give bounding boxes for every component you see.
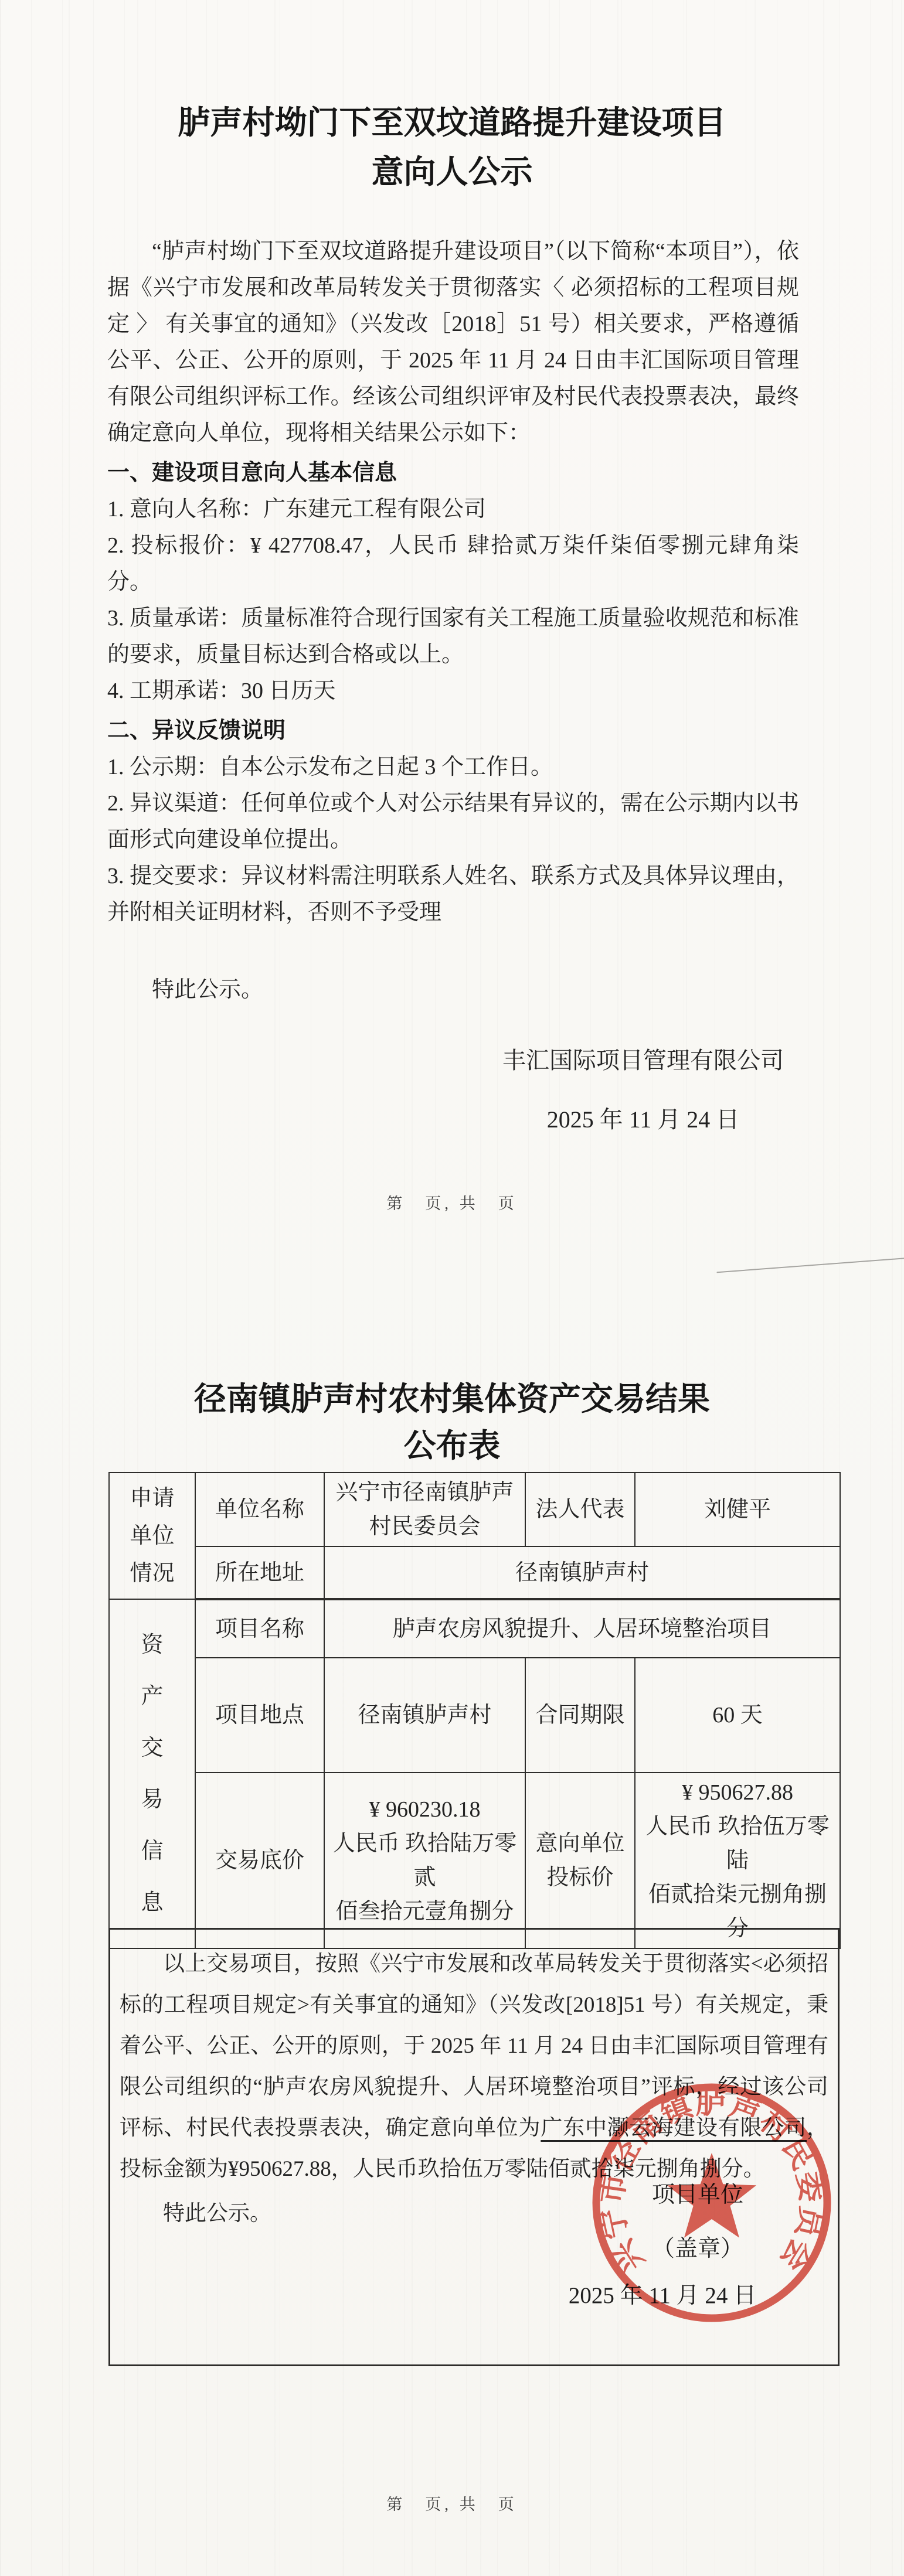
page1-title-line2: 意向人公示 xyxy=(0,148,904,197)
official-seal-stamp-icon: 兴宁市径南镇胪声村民委员会 xyxy=(576,2067,847,2338)
asset-group-cell: 资产交易信息 xyxy=(109,1599,195,1948)
scan-artifact-line xyxy=(716,1258,904,1273)
project-name-value: 胪声农房风貌提升、人居环境整治项目 xyxy=(324,1599,840,1658)
unit-name-value: 兴宁市径南镇胪声村民委员会 xyxy=(324,1473,525,1546)
page1-closing: 特此公示。 xyxy=(107,972,799,1008)
signature-date: 2025 年 11 月 24 日 xyxy=(502,1101,784,1134)
legal-rep-value: 刘健平 xyxy=(635,1473,840,1546)
scanned-document-page: { "doc1": { "title_line1": "胪声村坳门下至双坟道路提… xyxy=(0,0,904,2576)
page2-footer: 第 页, 共 页 xyxy=(0,2492,904,2514)
page2-title-line2: 公布表 xyxy=(0,1423,904,1470)
table-row: 项目地点 径南镇胪声村 合同期限 60 天 xyxy=(109,1658,840,1773)
page1-title: 胪声村坳门下至双坟道路提升建设项目 意向人公示 xyxy=(0,98,904,197)
page1-signature: 丰汇国际项目管理有限公司 2025 年 11 月 24 日 xyxy=(502,1042,784,1134)
page1-footer: 第 页, 共 页 xyxy=(0,1191,904,1214)
section2-item-2: 2. 异议渠道：任何单位或个人对公示结果有异议的，需在公示期内以书面形式向建设单… xyxy=(107,785,799,858)
section1-item-2: 2. 投标报价：¥ 427708.47，人民币 肆拾贰万柒仟柒佰零捌元肆角柒分。 xyxy=(107,527,799,600)
project-name-label: 项目名称 xyxy=(195,1599,324,1658)
page1-body: “胪声村坳门下至双坟道路提升建设项目”（以下简称“本项目”），依据《兴宁市发展和… xyxy=(107,233,799,1008)
intro-paragraph: “胪声村坳门下至双坟道路提升建设项目”（以下简称“本项目”），依据《兴宁市发展和… xyxy=(107,233,799,451)
section1-item-1: 1. 意向人名称：广东建元工程有限公司 xyxy=(107,491,799,527)
applicant-group-cell: 申请单位情况 xyxy=(109,1473,195,1599)
page2-title: 径南镇胪声村农村集体资产交易结果 公布表 xyxy=(0,1376,904,1470)
page2-title-line1: 径南镇胪声村农村集体资产交易结果 xyxy=(0,1376,904,1423)
section2-item-3: 3. 提交要求：异议材料需注明联系人姓名、联系方式及具体异议理由，并附相关证明材… xyxy=(107,858,799,931)
table-row: 申请单位情况 单位名称 兴宁市径南镇胪声村民委员会 法人代表 刘健平 xyxy=(109,1473,840,1546)
contract-term-label: 合同期限 xyxy=(525,1658,635,1773)
bid-price-label: 意向单位投标价 xyxy=(525,1773,635,1948)
base-price-label: 交易底价 xyxy=(195,1773,324,1948)
signature-org: 丰汇国际项目管理有限公司 xyxy=(502,1042,784,1075)
asset-transaction-table: 申请单位情况 单位名称 兴宁市径南镇胪声村民委员会 法人代表 刘健平 所在地址 … xyxy=(108,1472,841,1949)
page1-title-line1: 胪声村坳门下至双坟道路提升建设项目 xyxy=(0,98,904,148)
applicant-group-label: 申请单位情况 xyxy=(128,1480,176,1592)
contract-term-value: 60 天 xyxy=(635,1658,840,1773)
asset-group-label: 资产交易信息 xyxy=(140,1619,165,1928)
project-site-label: 项目地点 xyxy=(195,1658,324,1773)
base-price-value: ¥ 960230.18 人民币 玖拾陆万零贰 佰叁拾元壹角捌分 xyxy=(324,1773,525,1948)
address-value: 径南镇胪声村 xyxy=(324,1546,840,1599)
legal-rep-label: 法人代表 xyxy=(525,1473,635,1546)
table-row: 所在地址 径南镇胪声村 xyxy=(109,1546,840,1599)
section2-item-1: 1. 公示期：自本公示发布之日起 3 个工作日。 xyxy=(107,749,799,785)
seal-star-icon xyxy=(667,2153,756,2238)
table-row: 资产交易信息 项目名称 胪声农房风貌提升、人居环境整治项目 xyxy=(109,1599,840,1658)
section1-item-4: 4. 工期承诺：30 日历天 xyxy=(107,673,799,709)
project-site-value: 径南镇胪声村 xyxy=(324,1658,525,1773)
section1-item-3: 3. 质量承诺：质量标准符合现行国家有关工程施工质量验收规范和标准的要求，质量目… xyxy=(107,600,799,673)
unit-name-label: 单位名称 xyxy=(195,1473,324,1546)
bid-price-value: ¥ 950627.88 人民币 玖拾伍万零陆 佰贰拾柒元捌角捌分 xyxy=(635,1773,840,1948)
address-label: 所在地址 xyxy=(195,1546,324,1599)
section1-heading: 一、建设项目意向人基本信息 xyxy=(107,455,799,491)
section2-heading: 二、异议反馈说明 xyxy=(107,713,799,749)
table-row: 交易底价 ¥ 960230.18 人民币 玖拾陆万零贰 佰叁拾元壹角捌分 意向单… xyxy=(109,1773,840,1948)
